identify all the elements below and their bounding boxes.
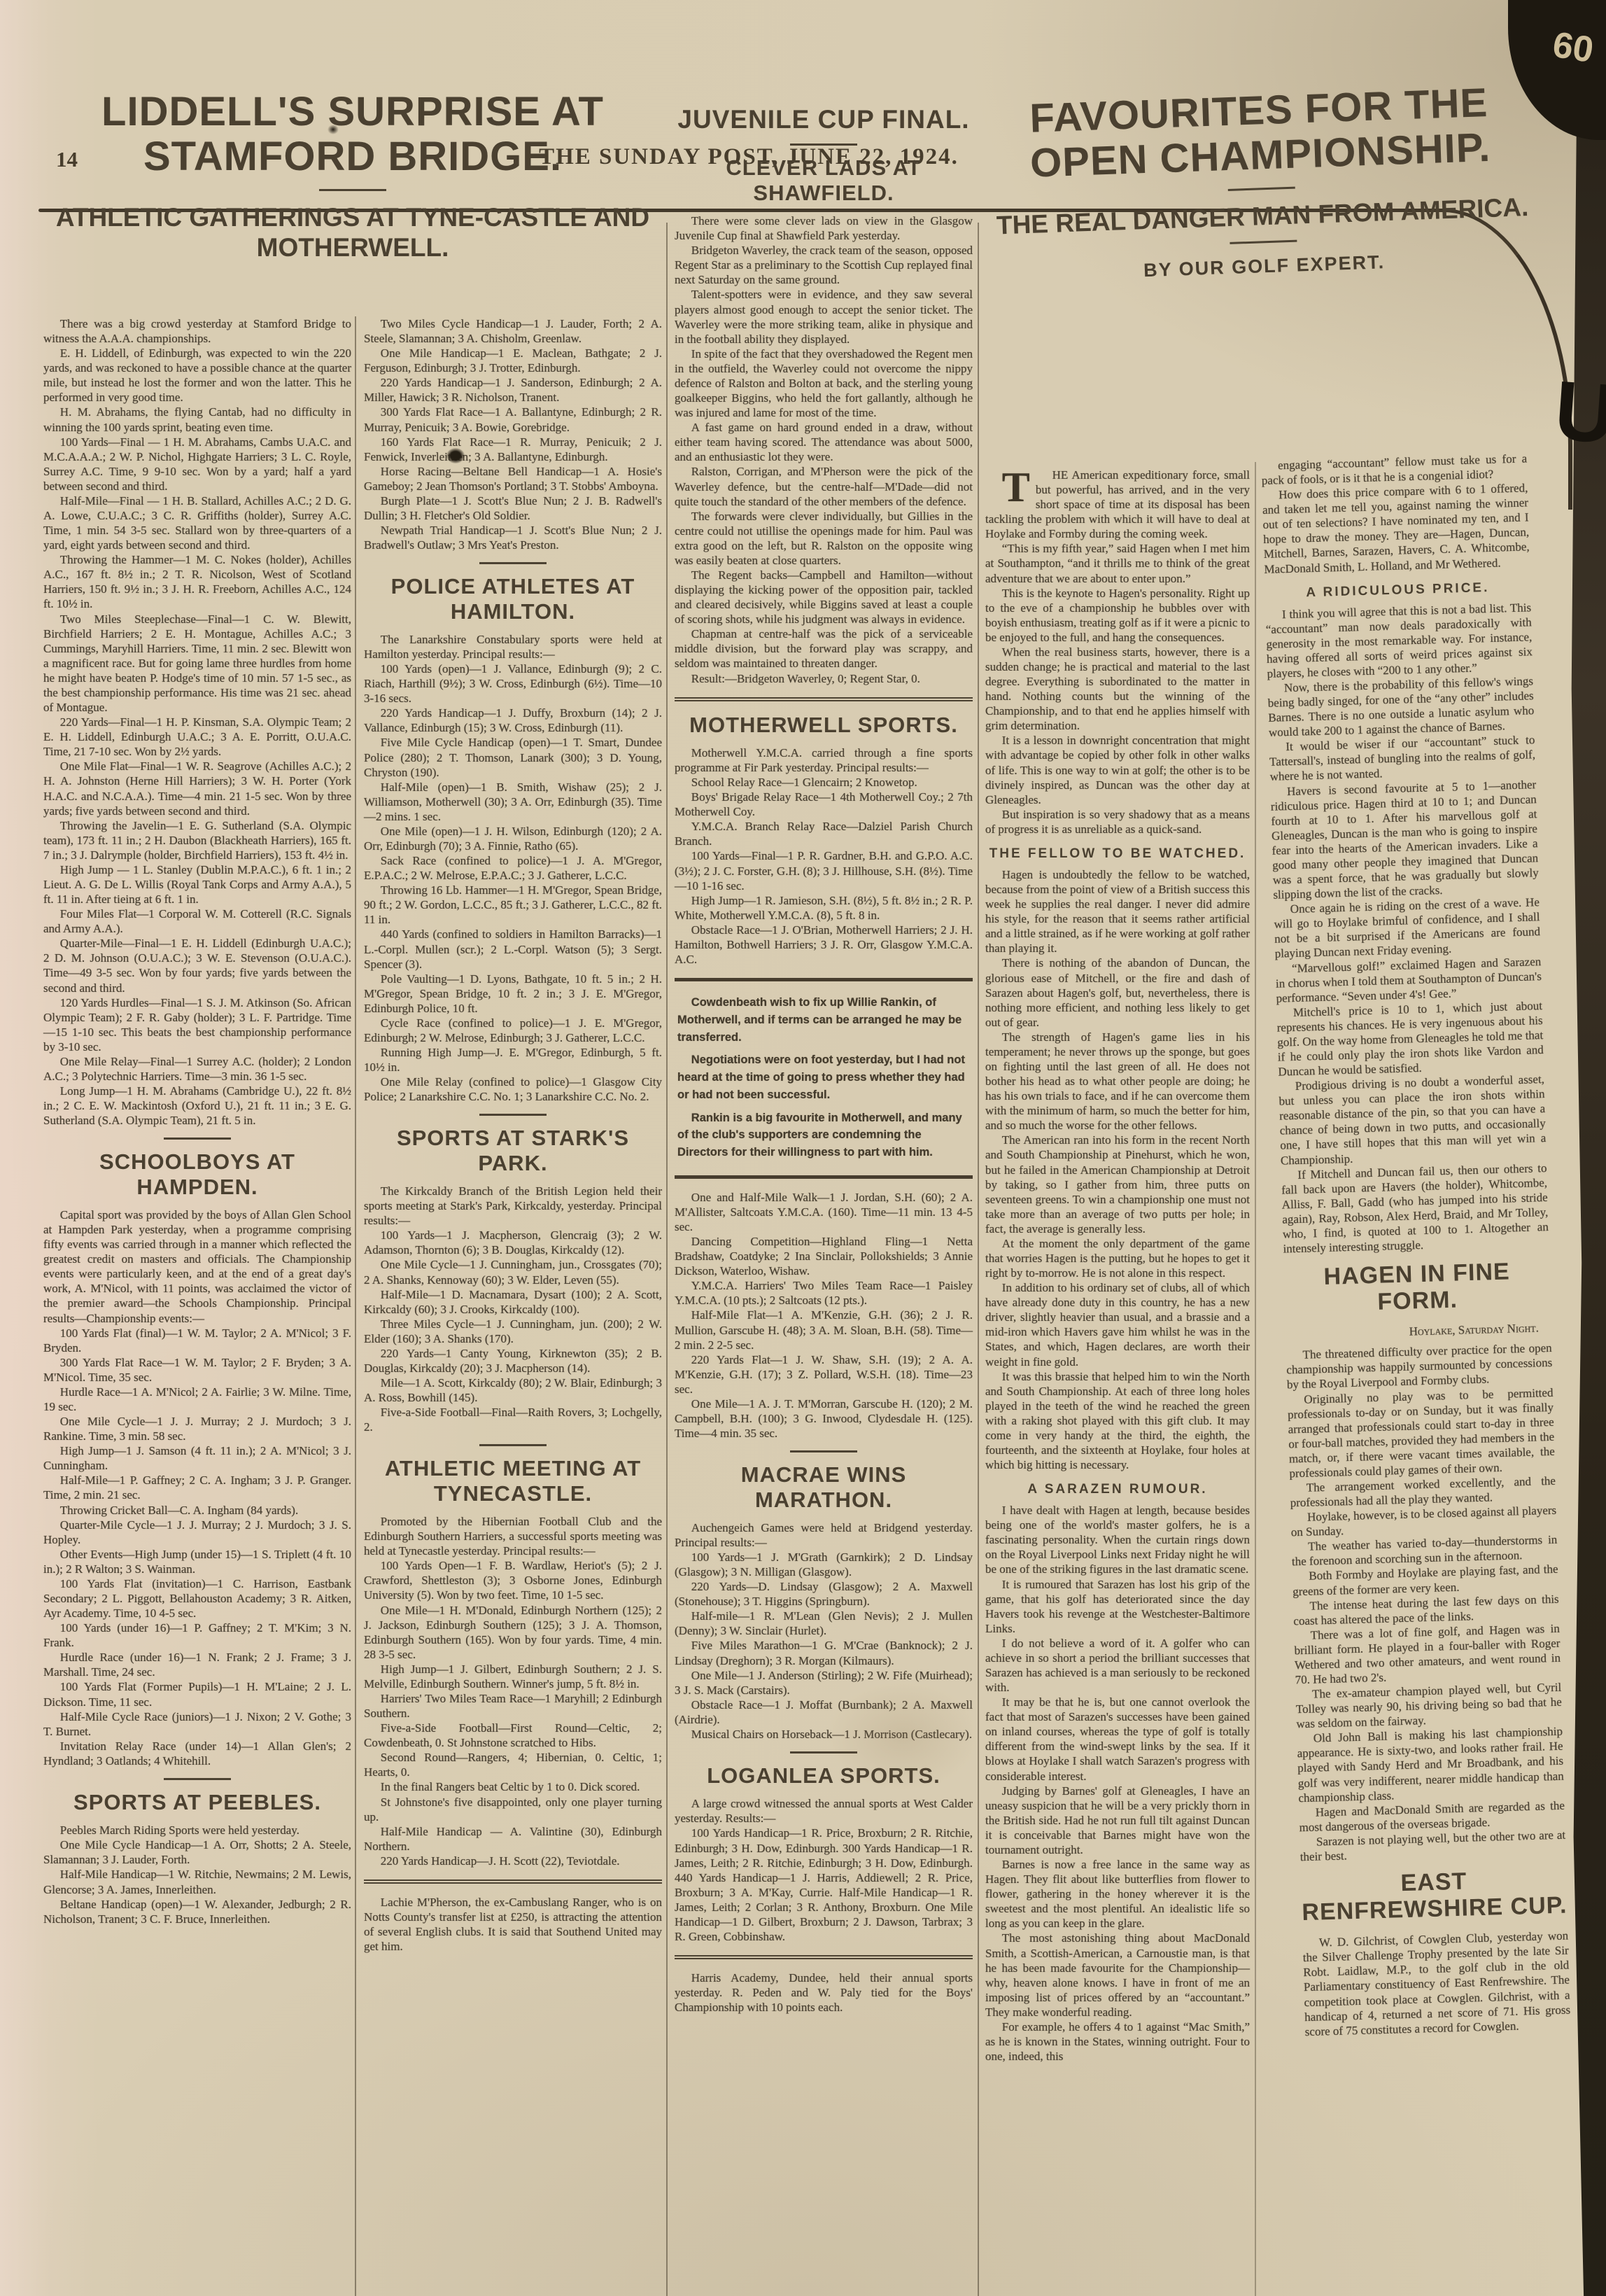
article-paragraph: Prodigious driving is no doubt a wonderf… — [1279, 1072, 1547, 1168]
article-paragraph: I have dealt with Hagen at length, becau… — [985, 1503, 1250, 1576]
section-heading: SCHOOLBOYS AT HAMPDEN. — [43, 1149, 351, 1199]
separator-rule — [1230, 240, 1297, 244]
article-paragraph: The Regent backs—Campbell and Hamilton—w… — [675, 568, 973, 626]
separator-rule — [1228, 186, 1295, 190]
article-paragraph: Burgh Plate—1 J. Scott's Blue Nun; 2 J. … — [364, 493, 662, 523]
separator-rule — [790, 1450, 857, 1452]
article-paragraph: Half-Mile Flat—1 A. M'Kenzie, G.H. (36);… — [675, 1308, 973, 1352]
article-paragraph: It was this brassie that helped him to w… — [985, 1369, 1250, 1473]
article-paragraph: Originally no play was to be permitted p… — [1287, 1385, 1555, 1480]
article-paragraph: Beltane Handicap (open)—1 W. Alexander, … — [43, 1897, 351, 1926]
article-paragraph: 220 Yards Handicap—1 J. Duffy, Broxburn … — [364, 706, 662, 735]
article-paragraph: Harris Academy, Dundee, held their annua… — [675, 1970, 973, 2015]
section-heading: HAGEN IN FINE FORM. — [1283, 1257, 1551, 1318]
article-paragraph: One Mile—1 A. J. T. M'Morran, Garscube H… — [675, 1396, 973, 1441]
article-paragraph: Horse Racing—Beltane Bell Handicap—1 A. … — [364, 464, 662, 493]
article-paragraph: High Jump — 1 L. Stanley (Dublin M.P.A.C… — [43, 862, 351, 906]
article-paragraph: Chapman at centre-half was the pick of a… — [675, 626, 973, 671]
athletics-subheadline: ATHLETIC GATHERINGS AT TYNE-CASTLE AND M… — [43, 202, 662, 263]
article-paragraph: One Mile—1 H. M'Donald, Edinburgh Northe… — [364, 1603, 662, 1662]
article-paragraph: The American ran into his form in the re… — [985, 1133, 1250, 1236]
notice-paragraph: Rankin is a big favourite in Motherwell,… — [677, 1109, 970, 1161]
article-paragraph: 100 Yards—Final—1 P. R. Gardner, B.H. an… — [675, 848, 973, 892]
notice-paragraph: Cowdenbeath wish to fix up Willie Rankin… — [677, 994, 970, 1046]
section-heading: SPORTS AT PEEBLES. — [43, 1790, 351, 1814]
article-paragraph: The strength of Hagen's game lies in his… — [985, 1030, 1250, 1133]
article-paragraph: E. H. Liddell, of Edinburgh, was expecte… — [43, 346, 351, 405]
article-paragraph: 120 Yards Hurdles—Final—1 S. J. M. Atkin… — [43, 995, 351, 1054]
article-paragraph: There is nothing of the abandon of Dunca… — [985, 955, 1250, 1029]
article-paragraph: Talent-spotters were in evidence, and th… — [675, 287, 973, 346]
article-paragraph: Invitation Relay Race (under 14)—1 Allan… — [43, 1739, 351, 1768]
article-paragraph: One Mile Cycle Handicap—1 A. Orr, Shotts… — [43, 1837, 351, 1867]
article-paragraph: But inspiration is so very shadowy that … — [985, 807, 1250, 836]
article-paragraph: A large crowd witnessed the annual sport… — [675, 1796, 973, 1826]
article-paragraph: Long Jump—1 H. M. Abrahams (Cambridge U.… — [43, 1084, 351, 1128]
article-paragraph: 100 Yards—1 J. Macpherson, Glencraig (3)… — [364, 1228, 662, 1257]
article-paragraph: In the final Rangers beat Celtic by 1 to… — [364, 1779, 662, 1794]
section-heading: POLICE ATHLETES AT HAMILTON. — [364, 574, 662, 624]
article-paragraph: Half-Mile Handicap — A. Valintine (30), … — [364, 1824, 662, 1854]
article-paragraph: Quarter-Mile Cycle—1 J. J. Murray; 2 J. … — [43, 1518, 351, 1547]
dateline: Hoylake, Saturday Night. — [1285, 1320, 1551, 1343]
article-paragraph: Old John Ball is making his last champio… — [1297, 1724, 1565, 1805]
article-paragraph: “This is my fifth year,” said Hagen when… — [985, 541, 1250, 585]
article-paragraph: When the real business starts, however, … — [985, 645, 1250, 733]
article-paragraph: It is rumoured that Sarazen has lost his… — [985, 1577, 1250, 1636]
article-paragraph: Capital sport was provided by the boys o… — [43, 1207, 351, 1326]
article-paragraph: Bridgeton Waverley, the crack team of th… — [675, 243, 973, 287]
article-paragraph: Harriers' Two Miles Team Race—1 Maryhill… — [364, 1691, 662, 1721]
column-rule — [355, 316, 356, 2296]
article-paragraph: Peebles March Riding Sports were held ye… — [43, 1823, 351, 1837]
article-paragraph: Cycle Race (confined to police)—1 J. E. … — [364, 1016, 662, 1045]
article-paragraph: Throwing Cricket Ball—C. A. Ingham (84 y… — [43, 1503, 351, 1518]
section-heading: ATHLETIC MEETING AT TYNECASTLE. — [364, 1456, 662, 1506]
article-paragraph: Half-Mile—1 D. Macnamara, Dysart (100); … — [364, 1287, 662, 1317]
paper-stain — [826, 1680, 980, 1792]
transfer-notice: Cowdenbeath wish to fix up Willie Rankin… — [675, 978, 973, 1179]
article-paragraph: Three Miles Cycle—1 J. Cunningham, jun. … — [364, 1317, 662, 1346]
article-paragraph: 100 Yards Open—1 F. B. Wardlaw, Heriot's… — [364, 1558, 662, 1602]
column-rule — [1255, 462, 1256, 2296]
article-paragraph: The ex-amateur champion played well, but… — [1295, 1680, 1563, 1732]
article-paragraph: 220 Yards—1 Canty Young, Kirknewton (35)… — [364, 1346, 662, 1375]
article-paragraph: It would be wiser if our “accountant” st… — [1269, 733, 1536, 785]
article-paragraph: Boys' Brigade Relay Race—1 4th Motherwel… — [675, 790, 973, 819]
double-rule — [675, 697, 973, 701]
article-paragraph: Mitchell's price is 10 to 1, which just … — [1276, 998, 1544, 1079]
column-rule — [978, 223, 979, 2296]
column-2: Two Miles Cycle Handicap—1 J. Lauder, Fo… — [364, 316, 662, 1954]
separator-rule — [164, 1137, 231, 1140]
article-paragraph: At the moment the only department of the… — [985, 1236, 1250, 1280]
sub-heading: A RIDICULOUS PRICE. — [1265, 579, 1530, 602]
article-paragraph: The Lanarkshire Constabulary sports were… — [364, 632, 662, 661]
article-paragraph: The Kirkcaldy Branch of the British Legi… — [364, 1184, 662, 1228]
article-paragraph: Five Miles Marathon—1 G. M'Crae (Banknoc… — [675, 1638, 973, 1667]
section-heading: MACRAE WINS MARATHON. — [675, 1462, 973, 1512]
article-paragraph: It may be that he is, but one cannot ove… — [985, 1695, 1250, 1783]
ink-spot — [327, 125, 339, 134]
article-paragraph: THE American expeditionary force, small … — [985, 468, 1250, 541]
article-paragraph: Hagen is undoubtedly the fellow to be wa… — [985, 867, 1250, 955]
section-heading: JUVENILE CUP FINAL. — [675, 105, 973, 134]
article-paragraph: School Relay Race—1 Glencairn; 2 Knoweto… — [675, 775, 973, 790]
article-paragraph: Other Events—High Jump (under 15)—1 S. T… — [43, 1547, 351, 1576]
article-paragraph: 100 Yards Handicap—1 R. Price, Broxburn;… — [675, 1826, 973, 1944]
article-paragraph: Now, there is the probability of this fe… — [1267, 673, 1535, 740]
article-paragraph: The threatened difficulty over practice … — [1285, 1340, 1553, 1392]
article-paragraph: Sack Race (confined to police)—1 J. A. M… — [364, 853, 662, 883]
notice-paragraph: Negotiations were on foot yesterday, but… — [677, 1051, 970, 1103]
article-paragraph: Half-Mile—1 P. Gaffney; 2 C. A. Ingham; … — [43, 1473, 351, 1502]
article-paragraph: Judging by Barnes' golf at Gleneagles, I… — [985, 1784, 1250, 1857]
article-paragraph: There were some clever lads on view in t… — [675, 213, 973, 243]
golf-article-header: FAVOURITES FOR THE OPEN CHAMPIONSHIP. TH… — [985, 79, 1537, 287]
article-paragraph: There was a big crowd yesterday at Stamf… — [43, 316, 351, 346]
article-paragraph: 220 Yards—D. Lindsay (Glasgow); 2 A. Max… — [675, 1579, 973, 1609]
article-paragraph: Ralston, Corrigan, and M'Pherson were th… — [675, 464, 973, 508]
adjacent-page-number-fragment: 60 — [1550, 24, 1597, 71]
article-paragraph: Throwing the Hammer—1 M. C. Nokes (holde… — [43, 552, 351, 611]
double-rule — [675, 1955, 973, 1959]
article-paragraph: Mile—1 A. Scott, Kirkcaldy (80); 2 W. Bl… — [364, 1375, 662, 1405]
athletics-headline: LIDDELL'S SURPRISE AT STAMFORD BRIDGE. — [43, 90, 662, 179]
column-rule — [666, 223, 668, 2296]
article-paragraph: Auchengeich Games were held at Bridgend … — [675, 1520, 973, 1550]
article-paragraph: 100 Yards—1 J. M'Grath (Garnkirk); 2 D. … — [675, 1550, 973, 1579]
article-paragraph: 220 Yards—Final—1 H. P. Kinsman, S.A. Ol… — [43, 715, 351, 759]
separator-rule — [790, 143, 857, 146]
page-edge-fragment: U — [1552, 362, 1606, 463]
column-1: There was a big crowd yesterday at Stamf… — [43, 316, 351, 1926]
golf-column-left: THE American expeditionary force, small … — [985, 468, 1250, 2064]
article-paragraph: The most astonishing thing about MacDona… — [985, 1931, 1250, 2019]
article-paragraph: High Jump—1 J. Samson (4 ft. 11 in.); 2 … — [43, 1443, 351, 1473]
article-paragraph: Promoted by the Hibernian Football Club … — [364, 1514, 662, 1558]
article-paragraph: W. D. Gilchrist, of Cowglen Club, yester… — [1302, 1928, 1571, 2039]
article-paragraph: One Mile Cycle—1 J. Cunningham, jun., Cr… — [364, 1257, 662, 1287]
article-paragraph: Result:—Bridgeton Waverley, 0; Regent St… — [675, 671, 973, 686]
article-paragraph: One Mile Relay—Final—1 Surrey A.C. (hold… — [43, 1054, 351, 1084]
article-paragraph: High Jump—1 R. Jamieson, S.H. (8½), 5 ft… — [675, 893, 973, 923]
article-paragraph: 220 Yards Handicap—1 J. Sanderson, Edinb… — [364, 375, 662, 405]
article-paragraph: Four Miles Flat—1 Corporal W. M. Cottere… — [43, 906, 351, 936]
separator-rule — [319, 189, 386, 191]
article-paragraph: Havers is second favourite at 5 to 1—ano… — [1270, 777, 1540, 902]
separator-rule — [479, 1114, 547, 1116]
article-paragraph: Two Miles Steeplechase—Final—1 C. W. Ble… — [43, 612, 351, 715]
section-heading: MOTHERWELL SPORTS. — [675, 713, 973, 737]
article-paragraph: If Mitchell and Duncan fail us, then our… — [1281, 1161, 1549, 1256]
article-paragraph: 160 Yards Flat Race—1 R. Murray, Penicui… — [364, 435, 662, 464]
section-heading: EAST RENFREWSHIRE CUP. — [1300, 1865, 1568, 1926]
ink-spot — [446, 448, 465, 463]
article-paragraph: This is the keynote to Hagen's personali… — [985, 586, 1250, 645]
article-paragraph: 220 Yards Flat—1 J. W. Shaw, S.H. (19); … — [675, 1352, 973, 1396]
article-paragraph: One Mile Relay (confined to police)—1 Gl… — [364, 1074, 662, 1104]
article-paragraph: 220 Yards Handicap—J. H. Scott (22), Tev… — [364, 1854, 662, 1868]
article-paragraph: Five-a-Side Football—First Round—Celtic,… — [364, 1721, 662, 1750]
article-paragraph: I think you will agree that this is not … — [1265, 600, 1533, 681]
golf-subheadline: THE REAL DANGER MAN FROM AMERICA. — [989, 191, 1536, 241]
article-paragraph: One Mile Flat—Final—1 W. R. Seagrove (Ac… — [43, 759, 351, 818]
article-paragraph: Pole Vaulting—1 D. Lyons, Bathgate, 10 f… — [364, 972, 662, 1016]
article-paragraph: One and Half-Mile Walk—1 J. Jordan, S.H.… — [675, 1190, 973, 1234]
golf-column-right: engaging “accountant” fellow must take u… — [1261, 451, 1571, 2038]
article-paragraph: 100 Yards Flat (invitation)—1 C. Harriso… — [43, 1576, 351, 1620]
article-paragraph: Five Mile Cycle Handicap (open)—1 T. Sma… — [364, 735, 662, 779]
article-paragraph: Quarter-Mile—Final—1 E. H. Liddell (Edin… — [43, 936, 351, 995]
article-paragraph: One Mile Handicap—1 E. Maclean, Bathgate… — [364, 346, 662, 375]
separator-rule — [479, 562, 547, 564]
section-heading: SPORTS AT STARK'S PARK. — [364, 1126, 662, 1175]
sub-heading: A SARAZEN RUMOUR. — [985, 1482, 1250, 1497]
article-paragraph: A fast game on hard ground ended in a dr… — [675, 420, 973, 464]
article-paragraph: For example, he offers 4 to 1 against “M… — [985, 2019, 1250, 2064]
article-paragraph: Once again he is riding on the crest of … — [1274, 895, 1541, 961]
article-paragraph: Half-Mile Handicap—1 W. Ritchie, Newmain… — [43, 1867, 351, 1896]
article-paragraph: In spite of the fact that they overshado… — [675, 346, 973, 420]
article-paragraph: Half-mile—1 R. M'Lean (Glen Nevis); 2 J.… — [675, 1609, 973, 1638]
article-paragraph: One Mile Cycle—1 J. J. Murray; 2 J. Murd… — [43, 1414, 351, 1443]
separator-rule — [164, 1778, 231, 1780]
article-paragraph: Newpath Trial Handicap—1 J. Scott's Blue… — [364, 523, 662, 552]
article-paragraph: 440 Yards (confined to soldiers in Hamil… — [364, 927, 662, 971]
article-paragraph: Half-Mile—Final — 1 H. B. Stallard, Achi… — [43, 493, 351, 552]
section-heading: CLEVER LADS AT SHAWFIELD. — [675, 155, 973, 205]
article-paragraph: St Johnstone's five disappointed, only o… — [364, 1795, 662, 1824]
article-paragraph: Lachie M'Pherson, the ex-Cambuslang Rang… — [364, 1895, 662, 1954]
article-paragraph: Hurdle Race—1 A. M'Nicol; 2 A. Fairlie; … — [43, 1385, 351, 1414]
article-paragraph: Five-a-Side Football—Final—Raith Rovers,… — [364, 1405, 662, 1434]
article-paragraph: I do not believe a word of it. A golfer … — [985, 1636, 1250, 1695]
article-paragraph: Barnes is now a free lance in the same w… — [985, 1857, 1250, 1931]
article-paragraph: Motherwell Y.M.C.A. carried through a fi… — [675, 745, 973, 775]
article-paragraph: 100 Yards (open)—1 J. Vallance, Edinburg… — [364, 661, 662, 706]
article-paragraph: “Marvellous golf!” exclaimed Hagen and S… — [1275, 954, 1542, 1006]
athletics-article-header: LIDDELL'S SURPRISE AT STAMFORD BRIDGE. A… — [43, 90, 662, 263]
article-paragraph: Y.M.C.A. Harriers' Two Miles Team Race—1… — [675, 1278, 973, 1308]
article-paragraph: Running High Jump—J. E. M'Gregor, Edinbu… — [364, 1045, 662, 1074]
article-paragraph: Y.M.C.A. Branch Relay Race—Dalziel Paris… — [675, 819, 973, 848]
article-paragraph: Second Round—Rangers, 4; Hibernian, 0. C… — [364, 1750, 662, 1779]
article-paragraph: 100 Yards Flat (final)—1 W. M. Taylor; 2… — [43, 1326, 351, 1355]
article-paragraph: There was a lot of fine golf, and Hagen … — [1294, 1621, 1561, 1688]
article-paragraph: Obstacle Race—1 J. O'Brian, Motherwell H… — [675, 923, 973, 967]
article-paragraph: H. M. Abrahams, the flying Cantab, had n… — [43, 405, 351, 434]
article-paragraph: The forwards were clever individually, b… — [675, 509, 973, 568]
article-paragraph: 100 Yards (under 16)—1 P. Gaffney; 2 T. … — [43, 1620, 351, 1650]
article-paragraph: Two Miles Cycle Handicap—1 J. Lauder, Fo… — [364, 316, 662, 346]
article-paragraph: Half-Mile Cycle Race (juniors)—1 J. Nixo… — [43, 1709, 351, 1739]
article-paragraph: High Jump—1 J. Gilbert, Edinburgh Southe… — [364, 1662, 662, 1691]
article-paragraph: In addition to his ordinary set of clubs… — [985, 1280, 1250, 1368]
separator-rule — [479, 1444, 547, 1446]
article-paragraph: 300 Yards Flat Race—1 A. Ballantyne, Edi… — [364, 405, 662, 434]
article-paragraph: Hurdle Race (under 16)—1 N. Frank; 2 J. … — [43, 1650, 351, 1679]
article-paragraph: 300 Yards Flat Race—1 W. M. Taylor; 2 F.… — [43, 1355, 351, 1385]
torn-page-edge — [1565, 0, 1606, 2296]
newspaper-page: 14 THE SUNDAY POST, JUNE 22, 1924. LIDDE… — [0, 0, 1606, 2296]
article-paragraph: How does this price compare with 6 to 1 … — [1262, 481, 1530, 577]
article-paragraph: Half-Mile (open)—1 B. Smith, Wishaw (25)… — [364, 780, 662, 824]
article-paragraph: Dancing Competition—Highland Fling—1 Net… — [675, 1234, 973, 1278]
article-paragraph: 100 Yards—Final — 1 H. M. Abrahams, Camb… — [43, 435, 351, 493]
article-paragraph: Throwing the Javelin—1 E. G. Sutherland … — [43, 818, 351, 862]
article-paragraph: It is a lesson in downright concentratio… — [985, 733, 1250, 806]
article-paragraph: One Mile (open)—1 J. H. Wilson, Edinburg… — [364, 824, 662, 853]
article-paragraph: Throwing 16 Lb. Hammer—1 H. M'Gregor, Sp… — [364, 883, 662, 927]
sub-heading: THE FELLOW TO BE WATCHED. — [985, 846, 1250, 862]
golf-headline: FAVOURITES FOR THE OPEN CHAMPIONSHIP. — [985, 79, 1534, 188]
double-rule — [364, 1879, 662, 1884]
article-paragraph: 100 Yards Flat (Former Pupils)—1 H. M'La… — [43, 1679, 351, 1709]
